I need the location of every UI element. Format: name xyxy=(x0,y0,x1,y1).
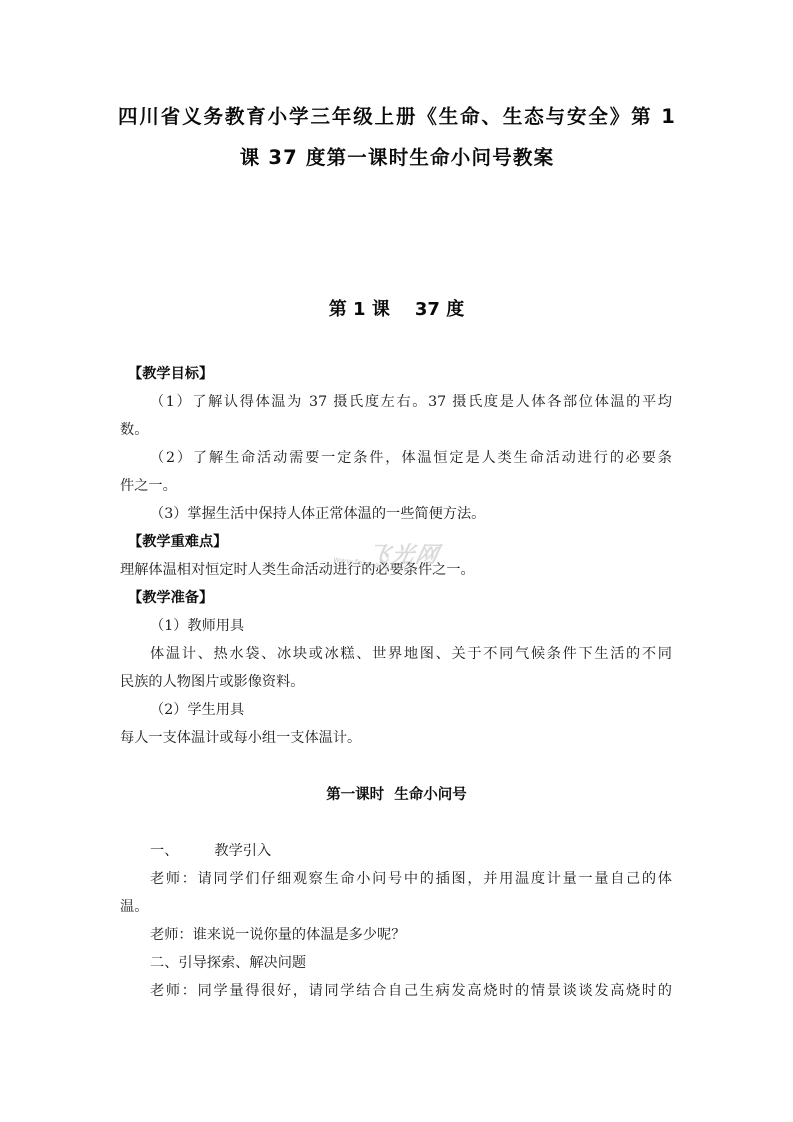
teacher-tools-line-1: 体温计、热水袋、冰块或冰糕、世界地图、关于不同气候条件下生活的不同 xyxy=(150,644,672,664)
objective-2-line-1: （2）了解生命活动需要一定条件，体温恒定是人类生命活动进行的必要条 xyxy=(150,448,672,468)
step-1-title: 教学引入 xyxy=(214,843,271,859)
step-1-number: 一、 xyxy=(150,843,178,859)
objective-2-line-2: 件之一。 xyxy=(120,476,672,496)
objectives-heading: 【教学目标】 xyxy=(128,364,680,384)
document-page: 四川省义务教育小学三年级上册《生命、生态与安全》第 1 课 37 度第一课时生命… xyxy=(0,0,793,1122)
student-tools-label: （2）学生用具 xyxy=(150,700,672,720)
key-points-text: 理解体温相对恒定时人类生命活动进行的必要条件之一。 xyxy=(120,560,672,580)
lesson-title: 第 1 课 37 度 xyxy=(0,298,793,322)
document-title-line-2: 课 37 度第一课时生命小问号教案 xyxy=(118,146,676,170)
period-heading: 第一课时 生命小问号 xyxy=(0,785,793,805)
step-2-heading: 二、引导探索、解决问题 xyxy=(150,953,672,973)
student-tools-text: 每人一支体温计或每小组一支体温计。 xyxy=(120,728,672,748)
step-1-paragraph-1-line-2: 温。 xyxy=(120,897,672,917)
step-1-paragraph-1-line-1: 老师：请同学们仔细观察生命小问号中的插图，并用温度计量一量自己的体 xyxy=(150,869,672,889)
teacher-tools-label: （1）教师用具 xyxy=(150,616,672,636)
step-2-paragraph-1-line-1: 老师：同学量得很好，请同学结合自己生病发高烧时的情景谈谈发高烧时的 xyxy=(150,981,672,1001)
objective-1-line-1: （1）了解认得体温为 37 摄氏度左右。37 摄氏度是人体各部位体温的平均 xyxy=(150,392,672,412)
teacher-tools-line-2: 民族的人物图片或影像资料。 xyxy=(120,672,672,692)
step-1-heading: 一、教学引入 xyxy=(150,841,672,861)
key-points-heading: 【教学重难点】 xyxy=(128,532,680,552)
step-1-paragraph-2: 老师：谁来说一说你量的体温是多少呢？ xyxy=(150,925,672,945)
preparation-heading: 【教学准备】 xyxy=(128,588,680,608)
document-title-line-1: 四川省义务教育小学三年级上册《生命、生态与安全》第 1 xyxy=(118,105,676,129)
objective-3: （3）掌握生活中保持人体正常体温的一些简便方法。 xyxy=(150,504,672,524)
objective-1-line-2: 数。 xyxy=(120,420,672,440)
